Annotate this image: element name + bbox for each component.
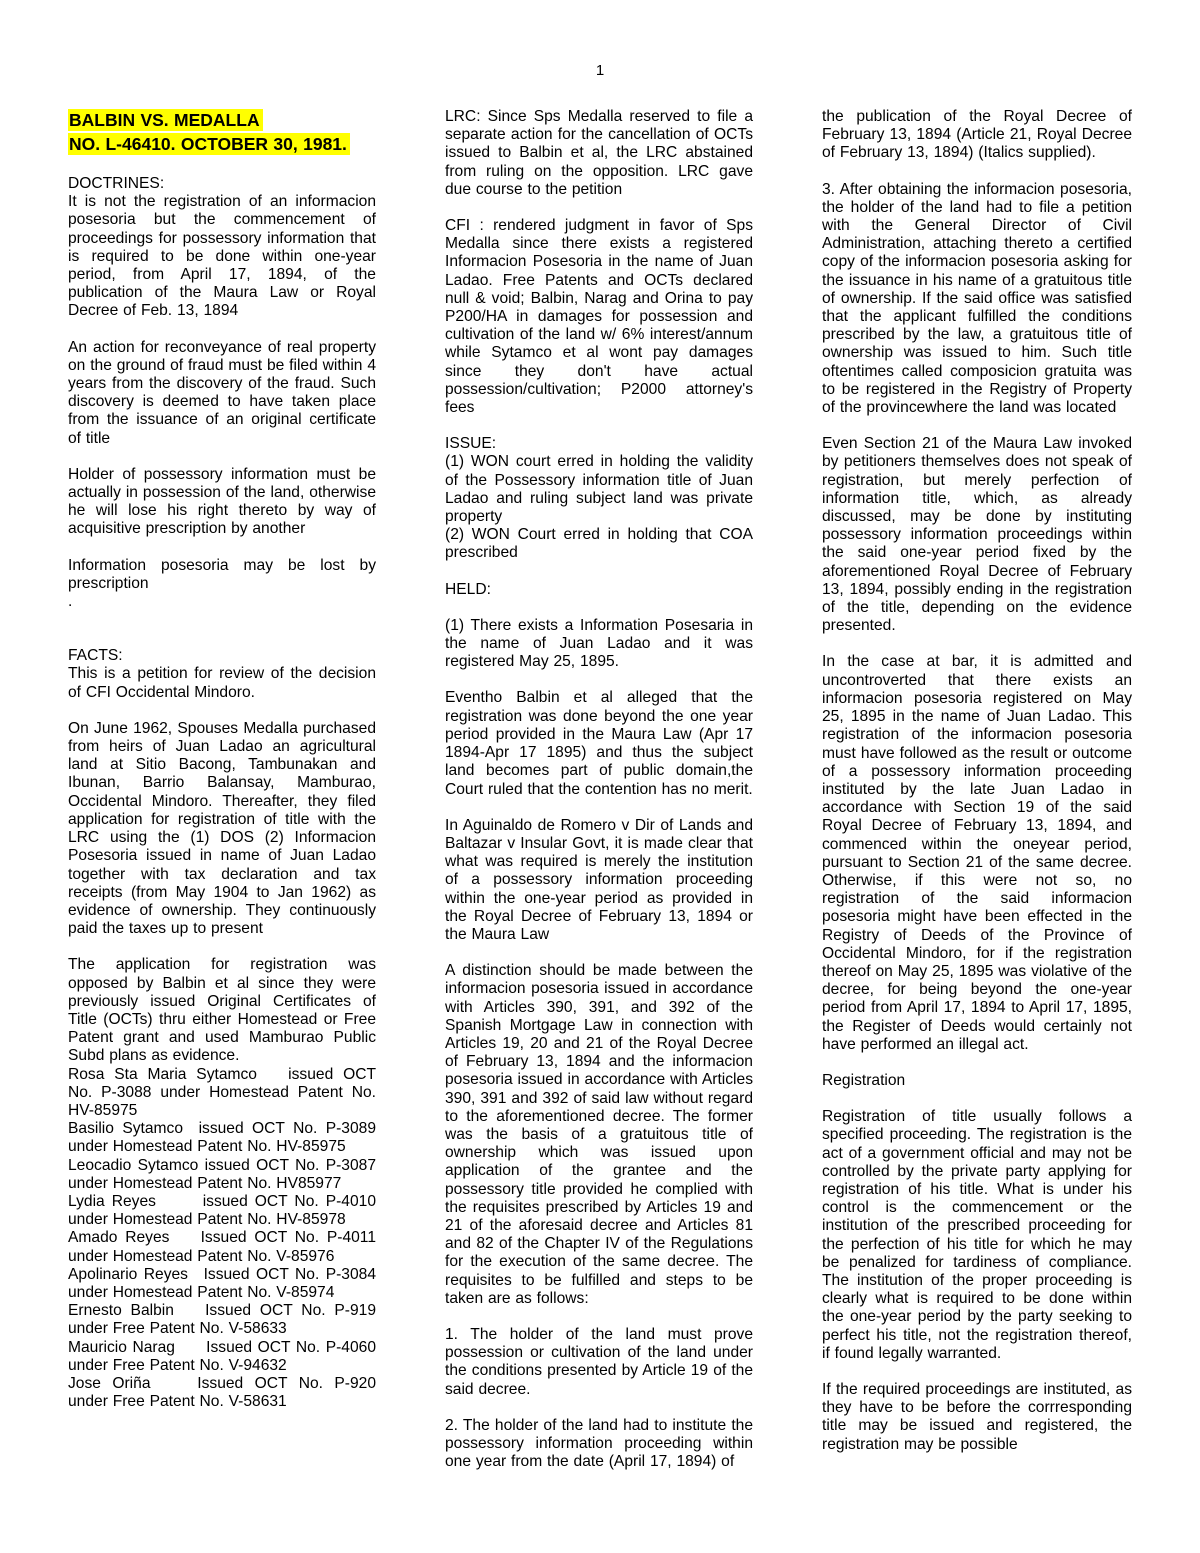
held-label: HELD:	[445, 581, 753, 599]
registration-paragraph: Registration of title usually follows a …	[822, 1108, 1132, 1363]
held-paragraph: (1) There exists a Information Posesaria…	[445, 617, 753, 672]
oct-entry: Rosa Sta Maria Sytamco issued OCT No. P-…	[68, 1066, 376, 1121]
column-left: BALBIN VS. MEDALLA NO. L-46410. OCTOBER …	[68, 108, 376, 1411]
issue-label: ISSUE:	[445, 435, 753, 453]
page-number: 1	[0, 62, 1200, 80]
held-paragraph: In the case at bar, it is admitted and u…	[822, 653, 1132, 1053]
requisite-item: 3. After obtaining the informacion poses…	[822, 181, 1132, 418]
held-paragraph: A distinction should be made between the…	[445, 962, 753, 1308]
requisite-item-continued: the publication of the Royal Decree of F…	[822, 108, 1132, 163]
registration-heading: Registration	[822, 1072, 1132, 1090]
facts-paragraph: The application for registration was opp…	[68, 956, 376, 1065]
case-title-line: BALBIN VS. MEDALLA	[68, 108, 376, 132]
lrc-paragraph: LRC: Since Sps Medalla reserved to file …	[445, 108, 753, 199]
doctrine-paragraph: Information posesoria may be lost by pre…	[68, 557, 376, 593]
facts-paragraph: This is a petition for review of the dec…	[68, 665, 376, 701]
doctrine-paragraph: It is not the registration of an informa…	[68, 193, 376, 320]
held-paragraph: In Aguinaldo de Romero v Dir of Lands an…	[445, 817, 753, 944]
oct-entry: Basilio Sytamco issued OCT No. P-3089 un…	[68, 1120, 376, 1156]
facts-paragraph: On June 1962, Spouses Medalla purchased …	[68, 720, 376, 938]
facts-label: FACTS:	[68, 647, 376, 665]
doctrine-paragraph: Holder of possessory information must be…	[68, 466, 376, 539]
doctrine-paragraph: An action for reconveyance of real prope…	[68, 339, 376, 448]
issue-item: (2) WON Court erred in holding that COA …	[445, 526, 753, 562]
registration-paragraph: If the required proceedings are institut…	[822, 1381, 1132, 1454]
cfi-paragraph: CFI : rendered judgment in favor of Sps …	[445, 217, 753, 417]
column-right-text: the publication of the Royal Decree of F…	[822, 108, 1132, 1454]
held-paragraph: Eventho Balbin et al alleged that the re…	[445, 689, 753, 798]
oct-entry: Apolinario Reyes Issued OCT No. P-3084 u…	[68, 1266, 376, 1302]
oct-entry: Leocadio Sytamco issued OCT No. P-3087 u…	[68, 1157, 376, 1193]
issue-item: (1) WON court erred in holding the valid…	[445, 453, 753, 526]
oct-entry: Jose Oriña Issued OCT No. P-920 under Fr…	[68, 1375, 376, 1411]
oct-entry: Amado Reyes Issued OCT No. P-4011 under …	[68, 1229, 376, 1265]
held-paragraph: Even Section 21 of the Maura Law invoked…	[822, 435, 1132, 635]
oct-entry: Ernesto Balbin Issued OCT No. P-919 unde…	[68, 1302, 376, 1338]
case-header: BALBIN VS. MEDALLA NO. L-46410. OCTOBER …	[68, 108, 376, 156]
column-left-text: DOCTRINES:It is not the registration of …	[68, 175, 376, 1411]
column-right: the publication of the Royal Decree of F…	[822, 108, 1132, 1472]
document-page: 1 BALBIN VS. MEDALLA NO. L-46410. OCTOBE…	[0, 0, 1200, 1553]
requisite-item: 1. The holder of the land must prove pos…	[445, 1326, 753, 1399]
case-citation-line: NO. L-46410. OCTOBER 30, 1981.	[68, 132, 376, 156]
requisite-item: 2. The holder of the land had to institu…	[445, 1417, 753, 1472]
stray-period: .	[68, 593, 376, 611]
case-title: BALBIN VS. MEDALLA	[68, 109, 263, 131]
oct-entry: Mauricio Narag Issued OCT No. P-4060 und…	[68, 1339, 376, 1375]
column-middle: LRC: Since Sps Medalla reserved to file …	[445, 108, 753, 1489]
doctrines-label: DOCTRINES:	[68, 175, 376, 193]
case-citation: NO. L-46410. OCTOBER 30, 1981.	[68, 133, 350, 155]
oct-entry: Lydia Reyes issued OCT No. P-4010 under …	[68, 1193, 376, 1229]
column-middle-text: LRC: Since Sps Medalla reserved to file …	[445, 108, 753, 1471]
